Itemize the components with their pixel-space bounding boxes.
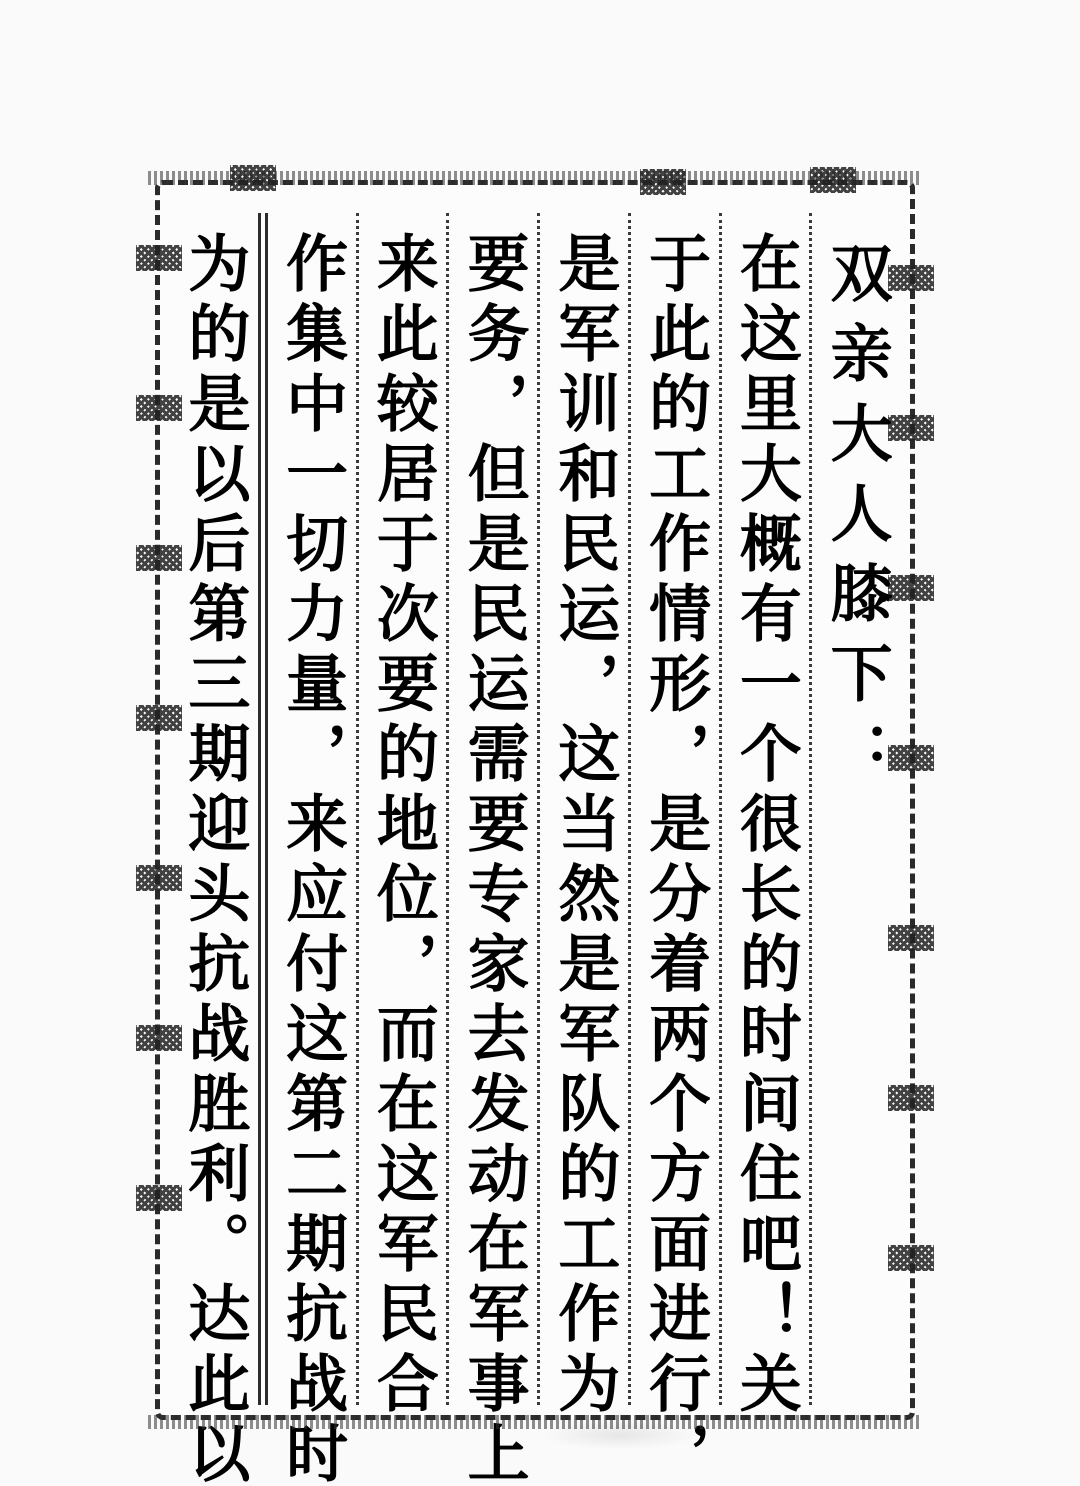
column-text: 于此的工作情形，是分着两个方面进行，就 [644,231,706,1405]
column-3: 于此的工作情形，是分着两个方面进行，就 [628,213,719,1405]
text-columns: 双亲大人膝下： 在这里大概有一个很长的时间住吧！关 于此的工作情形，是分着两个方… [170,213,900,1405]
salutation-text: 双亲大人膝下： [825,231,887,1405]
column-text: 在这里大概有一个很长的时间住吧！关 [734,231,796,1405]
column-text: 要务，但是民运需要专家去发动在军事上求进 [462,231,524,1405]
binding-mark-top-3 [810,167,856,193]
column-text: 来此较居于次要的地位，而在这军民合 [371,231,433,1405]
column-5: 要务，但是民运需要专家去发动在军事上求进 [446,213,537,1405]
scan-smudge [540,1420,700,1450]
letter-sheet: 双亲大人膝下： 在这里大概有一个很长的时间住吧！关 于此的工作情形，是分着两个方… [155,180,915,1420]
column-6: 来此较居于次要的地位，而在这军民合 [356,213,447,1405]
binding-mark-top-1 [230,165,276,191]
column-7: 作集中一切力量，来应付这第二期抗战时 [258,213,356,1405]
column-4: 是军训和民运，这当然是军队的工作为 [537,213,628,1405]
column-8: 为的是以后第三期迎头抗战胜利。达此以外 [170,213,258,1405]
column-1: 双亲大人膝下： [809,213,900,1405]
column-2: 在这里大概有一个很长的时间住吧！关 [719,213,810,1405]
column-text: 是军训和民运，这当然是军队的工作为 [553,231,615,1405]
binding-mark-top-2 [640,169,686,195]
column-text: 作集中一切力量，来应付这第二期抗战时 [281,231,343,1405]
scanned-letter-page: 双亲大人膝下： 在这里大概有一个很长的时间住吧！关 于此的工作情形，是分着两个方… [0,0,1080,1486]
column-text: 为的是以后第三期迎头抗战胜利。达此以外 [183,231,245,1405]
